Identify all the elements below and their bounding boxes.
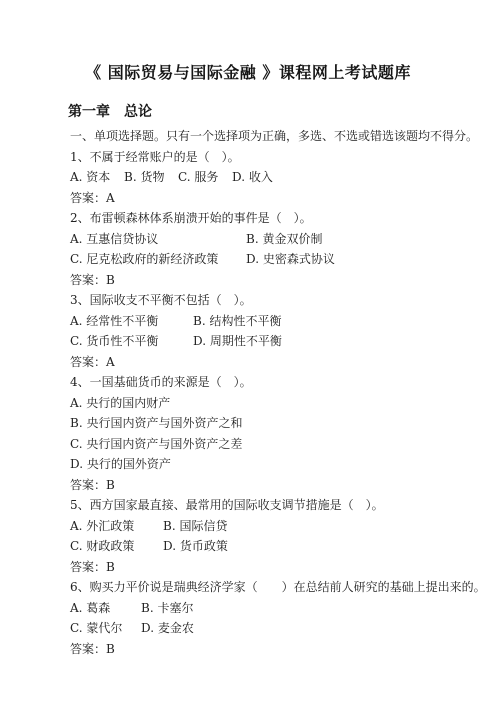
section-intro: 一、单项选择题。只有一个选择项为正确，多选、不选或错选该题均不得分。: [70, 126, 442, 147]
question-text: 2、布雷顿森林体系崩溃开始的事件是（ ）。: [70, 208, 442, 229]
option-a: A. 经常性不平衡: [70, 311, 193, 332]
answer-line: 答案：B: [70, 557, 442, 578]
option-row: A. 葛森 B. 卡塞尔: [70, 598, 442, 619]
question-5: 5、西方国家最直接、最常用的国际收支调节措施是（ ）。 A. 外汇政策 B. 国…: [70, 495, 442, 577]
answer-line: 答案：B: [70, 270, 442, 291]
option-c: C. 财政政策: [70, 536, 163, 557]
option-a: A. 资本: [70, 167, 124, 188]
chapter-heading: 第一章总论: [68, 101, 152, 121]
option-row: C. 货币性不平衡 D. 周期性不平衡: [70, 331, 442, 352]
answer-line: 答案：A: [70, 188, 442, 209]
option-d: D. 周期性不平衡: [193, 331, 282, 352]
option-a: A. 互惠信贷协议: [70, 229, 246, 250]
question-3: 3、国际收支不平衡不包括（ ）。 A. 经常性不平衡 B. 结构性不平衡 C. …: [70, 290, 442, 372]
document-title: 《 国际贸易与国际金融 》课程网上考试题库: [0, 60, 496, 83]
option-c: C. 央行国内资产与国外资产之差: [70, 434, 442, 455]
document-page: 《 国际贸易与国际金融 》课程网上考试题库 第一章总论 一、单项选择题。只有一个…: [0, 0, 496, 702]
option-d: D. 央行的国外资产: [70, 454, 442, 475]
option-b: B. 卡塞尔: [141, 598, 193, 619]
option-c: C. 蒙代尔: [70, 618, 141, 639]
option-row: C. 尼克松政府的新经济政策 D. 史密森式协议: [70, 249, 442, 270]
question-text: 6、购买力平价说是瑞典经济学家（ ）在总结前人研究的基础上提出来的。: [70, 577, 442, 598]
option-row: A. 经常性不平衡 B. 结构性不平衡: [70, 311, 442, 332]
question-text: 1、不属于经常账户的是（ ）。: [70, 147, 442, 168]
question-text: 4、一国基础货币的来源是（ ）。: [70, 372, 442, 393]
option-b: B. 央行国内资产与国外资产之和: [70, 413, 442, 434]
option-b: B. 国际信贷: [163, 516, 227, 537]
chapter-name: 总论: [124, 104, 152, 120]
option-b: B. 货物: [124, 167, 178, 188]
question-text: 3、国际收支不平衡不包括（ ）。: [70, 290, 442, 311]
question-list: 一、单项选择题。只有一个选择项为正确，多选、不选或错选该题均不得分。 1、不属于…: [70, 126, 442, 659]
option-row: C. 蒙代尔 D. 麦金农: [70, 618, 442, 639]
option-row: A. 资本 B. 货物 C. 服务 D. 收入: [70, 167, 442, 188]
option-b: B. 结构性不平衡: [193, 311, 281, 332]
answer-line: 答案：A: [70, 352, 442, 373]
question-2: 2、布雷顿森林体系崩溃开始的事件是（ ）。 A. 互惠信贷协议 B. 黄金双价制…: [70, 208, 442, 290]
question-6: 6、购买力平价说是瑞典经济学家（ ）在总结前人研究的基础上提出来的。 A. 葛森…: [70, 577, 442, 659]
question-1: 1、不属于经常账户的是（ ）。 A. 资本 B. 货物 C. 服务 D. 收入 …: [70, 147, 442, 209]
option-c: C. 货币性不平衡: [70, 331, 193, 352]
option-c: C. 尼克松政府的新经济政策: [70, 249, 246, 270]
option-d: D. 收入: [232, 167, 273, 188]
answer-line: 答案：B: [70, 475, 442, 496]
option-d: D. 史密森式协议: [246, 249, 335, 270]
option-a: A. 葛森: [70, 598, 141, 619]
option-row: C. 财政政策 D. 货币政策: [70, 536, 442, 557]
option-row: A. 外汇政策 B. 国际信贷: [70, 516, 442, 537]
option-c: C. 服务: [178, 167, 232, 188]
option-a: A. 央行的国内财产: [70, 393, 442, 414]
option-d: D. 货币政策: [163, 536, 228, 557]
option-row: A. 互惠信贷协议 B. 黄金双价制: [70, 229, 442, 250]
question-text: 5、西方国家最直接、最常用的国际收支调节措施是（ ）。: [70, 495, 442, 516]
option-a: A. 外汇政策: [70, 516, 163, 537]
chapter-number: 第一章: [68, 104, 110, 120]
option-d: D. 麦金农: [141, 618, 194, 639]
option-b: B. 黄金双价制: [246, 229, 322, 250]
answer-line: 答案：B: [70, 639, 442, 660]
question-4: 4、一国基础货币的来源是（ ）。 A. 央行的国内财产 B. 央行国内资产与国外…: [70, 372, 442, 495]
